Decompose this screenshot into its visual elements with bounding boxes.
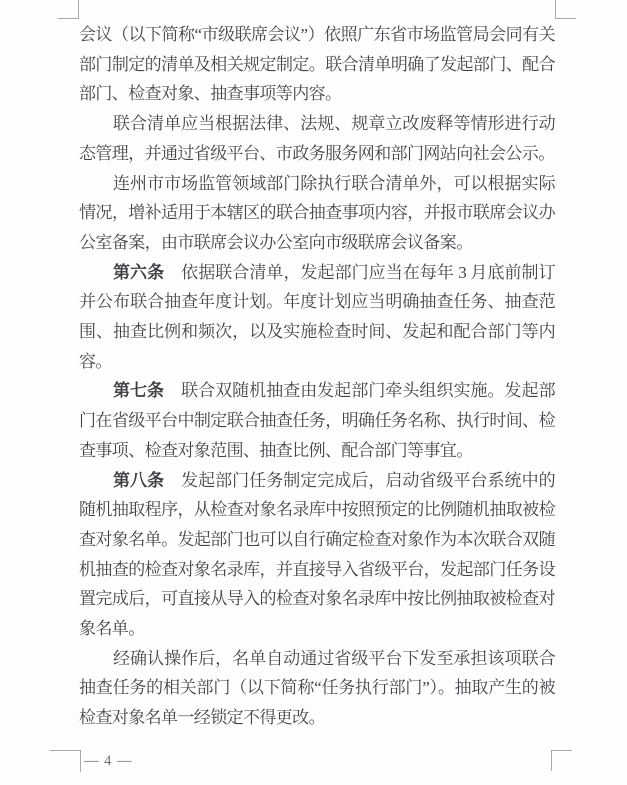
- document-page: 会议（以下简称“市级联席会议”）依照广东省市场监管局会同有关部门制定的清单及相关…: [0, 0, 627, 785]
- article-number: 第六条: [113, 263, 164, 282]
- paragraph: 第八条发起部门任务制定完成后，启动省级平台系统中的随机抽取程序，从检查对象名录库…: [79, 466, 555, 644]
- paragraph-text: 联合清单应当根据法律、法规、规章立改废释等情形进行动态管理，并通过省级平台、市政…: [79, 114, 555, 163]
- page-number: — 4 —: [84, 753, 133, 770]
- paragraph: 联合清单应当根据法律、法规、规章立改废释等情形进行动态管理，并通过省级平台、市政…: [79, 109, 555, 168]
- paragraph: 连州市市场监管领域部门除执行联合清单外，可以根据实际情况，增补适用于本辖区的联合…: [79, 169, 555, 258]
- article-number: 第八条: [113, 471, 164, 490]
- crop-mark-top-left: [58, 0, 79, 19]
- article-number: 第七条: [113, 381, 164, 400]
- document-body: 会议（以下简称“市级联席会议”）依照广东省市场监管局会同有关部门制定的清单及相关…: [79, 20, 555, 733]
- paragraph: 第六条依据联合清单，发起部门应当在每年 3 月底前制订并公布联合抽查年度计划。年…: [79, 258, 555, 377]
- paragraph: 第七条联合双随机抽查由发起部门牵头组织实施。发起部门在省级平台中制定联合抽查任务…: [79, 376, 555, 465]
- crop-mark-top-right: [555, 0, 576, 19]
- paragraph-text: 经确认操作后，名单自动通过省级平台下发至承担该项联合抽查任务的相关部门（以下简称…: [79, 649, 555, 727]
- paragraph: 会议（以下简称“市级联席会议”）依照广东省市场监管局会同有关部门制定的清单及相关…: [79, 20, 555, 109]
- paragraph: 经确认操作后，名单自动通过省级平台下发至承担该项联合抽查任务的相关部门（以下简称…: [79, 644, 555, 733]
- paragraph-text: 连州市市场监管领域部门除执行联合清单外，可以根据实际情况，增补适用于本辖区的联合…: [79, 174, 555, 252]
- paragraph-text: 会议（以下简称“市级联席会议”）依照广东省市场监管局会同有关部门制定的清单及相关…: [79, 25, 555, 103]
- crop-mark-bottom-left: [50, 750, 81, 772]
- paragraph-text: 发起部门任务制定完成后，启动省级平台系统中的随机抽取程序，从检查对象名录库中按照…: [79, 471, 555, 639]
- crop-mark-bottom-right: [551, 750, 572, 771]
